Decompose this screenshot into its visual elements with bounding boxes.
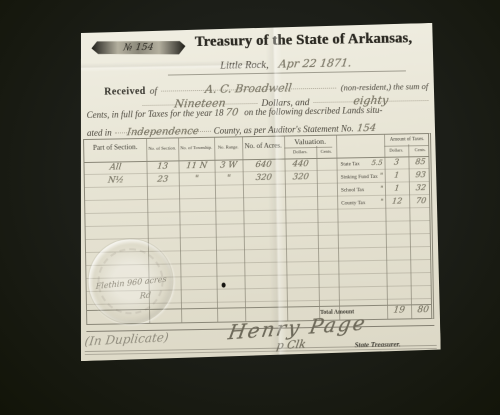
header-no-of-township: No. of Township. — [178, 145, 214, 151]
photo-background: № 154 Treasury of the State of Arkansas,… — [0, 0, 500, 415]
tax-line-state: State Tax 5.5 — [338, 159, 384, 168]
cell-range-row2: " — [214, 173, 243, 184]
document-title: Treasury of the State of Arkansas, — [175, 30, 431, 51]
dateline-date: Apr 22 1871. — [278, 56, 352, 70]
pencil-note-2: Rd — [140, 290, 152, 300]
total-amount-dollars: 19 — [386, 305, 411, 315]
tax-line-school: School Tax " — [339, 185, 385, 194]
body-text-4a: ated in — [87, 128, 112, 138]
header-part-of-section: Part of Section. — [84, 143, 146, 152]
ink-spot — [222, 283, 226, 288]
statement-number: 154 — [356, 123, 376, 134]
header-no-range: No. Range. — [214, 144, 242, 149]
tax-label-school: School Tax — [341, 187, 364, 193]
cell-section-row1: 13 — [146, 161, 179, 172]
subheader-amount-dollars: Dollars. — [384, 147, 408, 152]
tax-amount-cents-school: 32 — [408, 183, 433, 192]
subheader-valuation-dollars: Dollars. — [284, 149, 316, 155]
tax-amount-cents-state: 85 — [408, 157, 433, 166]
tax-label-county: County Tax — [341, 200, 365, 206]
year-written: 70 — [225, 107, 239, 118]
cell-range-row1: 3 W — [214, 160, 243, 171]
tax-label-sinking-fund: Sinking Fund Tax — [341, 174, 378, 181]
tax-rate-sinking-fund: " — [379, 172, 383, 180]
receipt-number: № 154 — [123, 42, 155, 54]
tax-amount-dollars-school: 1 — [384, 183, 409, 192]
tax-rate-state: 5.5 — [371, 159, 383, 167]
header-valuation: Valuation. — [284, 137, 336, 147]
cell-part-row1: All — [84, 162, 147, 173]
duplicate-note: (In Duplicate) — [84, 330, 170, 349]
header-no-of-section: No. of Section. — [146, 145, 178, 151]
tax-amount-dollars-county: 12 — [385, 196, 410, 205]
cell-township-row1: 11 N — [178, 161, 215, 172]
tax-amount-cents-sinking: 93 — [408, 170, 433, 179]
tax-amount-dollars-state: 3 — [384, 157, 409, 166]
total-amount-cents: 80 — [410, 305, 435, 315]
header-amount-of-taxes: Amount of Taxes. — [382, 137, 432, 143]
tax-rate-school: " — [379, 185, 383, 193]
receipt-document: № 154 Treasury of the State of Arkansas,… — [75, 23, 441, 361]
tax-amount-cents-county: 70 — [409, 196, 434, 205]
cell-part-row2: N½ — [84, 175, 147, 186]
tax-line-sinking-fund: Sinking Fund Tax " — [339, 172, 385, 181]
tax-line-county: County Tax " — [339, 198, 385, 207]
tax-label-state: State Tax — [340, 161, 359, 167]
received-label: Received — [104, 86, 146, 98]
tax-amount-dollars-sinking: 1 — [384, 170, 409, 179]
cell-section-row2: 23 — [146, 174, 179, 185]
body-text-3a: Cents, in full for Taxes for the year 18 — [87, 108, 224, 120]
body-text-3b: on the following described Lands situ- — [244, 105, 382, 117]
number-banner: № 154 — [91, 39, 185, 56]
cell-valuation-row1: 440 — [284, 159, 317, 170]
subheader-amount-cents: Cents. — [408, 147, 432, 152]
tax-rate-county: " — [379, 198, 383, 206]
subheader-valuation-cents: Cents. — [316, 149, 336, 154]
cell-valuation-row2: 320 — [284, 172, 317, 183]
cell-township-row2: " — [178, 174, 215, 185]
